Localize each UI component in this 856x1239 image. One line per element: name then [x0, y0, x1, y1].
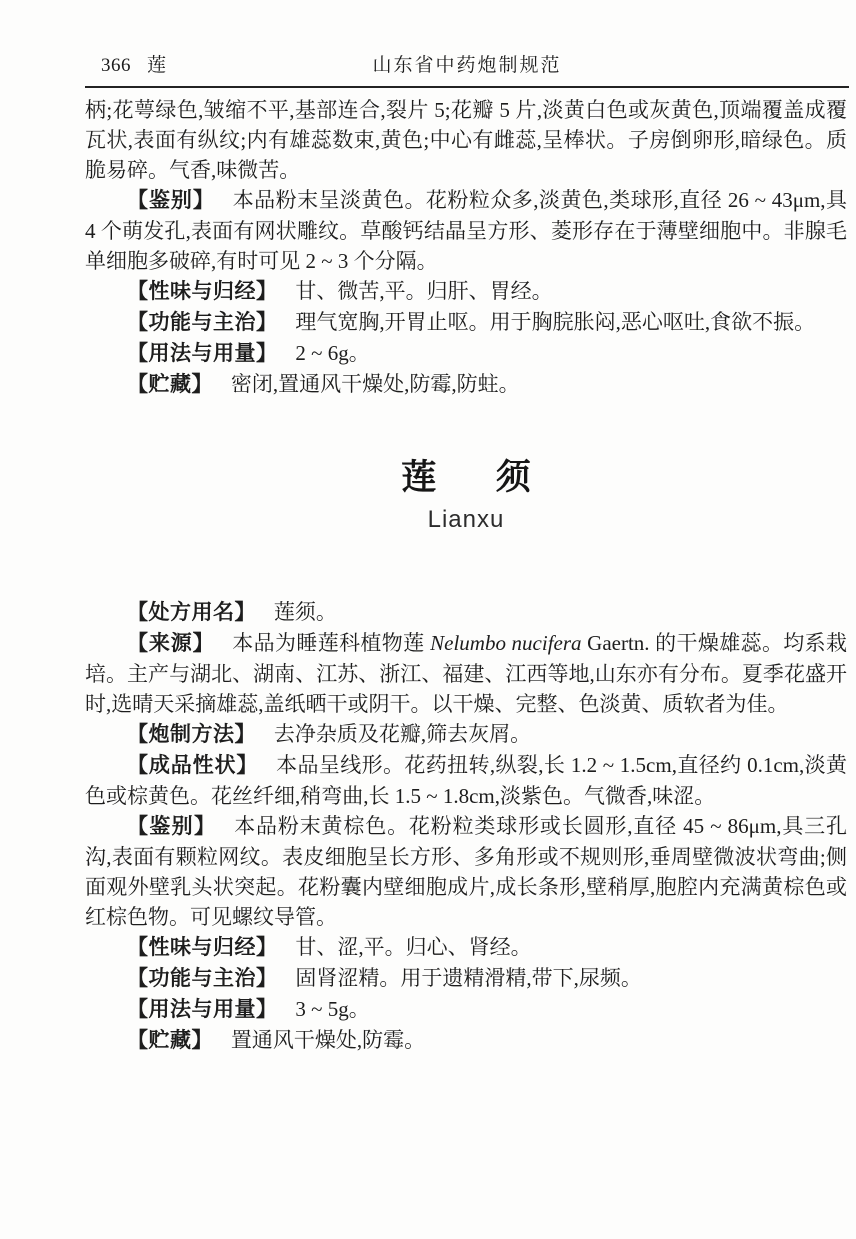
entry-text: 莲须。	[274, 600, 337, 624]
entry-label: 【功能与主治】	[127, 311, 278, 334]
entry-label: 【鉴别】	[127, 189, 215, 212]
entry-text: 理气宽胸,开胃止呕。用于胸脘胀闷,恶心呕吐,食欲不振。	[295, 310, 815, 334]
entry-text: 去净杂质及花瓣,筛去灰屑。	[274, 722, 531, 746]
entry-text: 2 ~ 6g。	[295, 341, 369, 365]
entry-label: 【功能与主治】	[127, 967, 278, 990]
entry-text: 固肾涩精。用于遗精滑精,带下,尿频。	[295, 966, 642, 990]
entry-text: 甘、微苦,平。归肝、胃经。	[295, 279, 552, 303]
entry-gongneng: 【功能与主治】固肾涩精。用于遗精滑精,带下,尿频。	[85, 963, 847, 994]
lianxu-monograph-body: 【处方用名】莲须。 【来源】本品为睡莲科植物莲 Nelumbo nucifera…	[85, 597, 847, 1056]
entry-zhucang: 【贮藏】置通风干燥处,防霉。	[85, 1025, 847, 1056]
entry-text: 3 ~ 5g。	[295, 997, 369, 1021]
monograph-title: 莲须	[85, 458, 847, 498]
lian-monograph-tail: 柄;花萼绿色,皱缩不平,基部连合,裂片 5;花瓣 5 片,淡黄白色或灰黄色,顶端…	[85, 95, 847, 400]
entry-xingwei: 【性味与归经】甘、微苦,平。归肝、胃经。	[85, 276, 847, 307]
continuation-paragraph: 柄;花萼绿色,皱缩不平,基部连合,裂片 5;花瓣 5 片,淡黄白色或灰黄色,顶端…	[85, 95, 847, 185]
entry-gongneng: 【功能与主治】理气宽胸,开胃止呕。用于胸脘胀闷,恶心呕吐,食欲不振。	[85, 307, 847, 338]
entry-laiyuan: 【来源】本品为睡莲科植物莲 Nelumbo nucifera Gaertn. 的…	[85, 628, 847, 719]
entry-label: 【贮藏】	[127, 1029, 213, 1052]
entry-yongfa: 【用法与用量】2 ~ 6g。	[85, 338, 847, 369]
entry-text-before: 本品为睡莲科植物莲	[232, 631, 430, 655]
entry-label: 【成品性状】	[127, 754, 258, 777]
monograph-pinyin: Lianxu	[85, 506, 847, 534]
book-title: 山东省中药炮制规范	[85, 50, 849, 77]
entry-label: 【来源】	[127, 632, 214, 655]
entry-label: 【性味与归经】	[127, 280, 278, 303]
entry-yongfa: 【用法与用量】3 ~ 5g。	[85, 994, 847, 1025]
entry-xingwei: 【性味与归经】甘、涩,平。归心、肾经。	[85, 932, 847, 963]
running-head: 366莲 山东省中药炮制规范	[85, 50, 849, 80]
entry-paozhifangfa: 【炮制方法】去净杂质及花瓣,筛去灰屑。	[85, 719, 847, 750]
entry-label: 【处方用名】	[127, 601, 256, 624]
entry-label: 【用法与用量】	[127, 998, 278, 1021]
entry-jianbie: 【鉴别】本品粉末黄棕色。花粉粒类球形或长圆形,直径 45 ~ 86μm,具三孔沟…	[85, 811, 847, 932]
entry-zhucang: 【贮藏】密闭,置通风干燥处,防霉,防蛀。	[85, 369, 847, 400]
entry-label: 【性味与归经】	[127, 936, 278, 959]
latin-authority: Gaertn.	[582, 631, 656, 655]
entry-text: 置通风干燥处,防霉。	[231, 1028, 425, 1052]
entry-label: 【鉴别】	[127, 815, 216, 838]
entry-jianbie: 【鉴别】本品粉末呈淡黄色。花粉粒众多,淡黄色,类球形,直径 26 ~ 43μm,…	[85, 185, 847, 276]
entry-label: 【用法与用量】	[127, 342, 278, 365]
entry-label: 【炮制方法】	[127, 723, 256, 746]
header-rule	[85, 86, 849, 88]
latin-binomial: Nelumbo nucifera	[430, 631, 581, 655]
entry-chufangyongming: 【处方用名】莲须。	[85, 597, 847, 628]
entry-label: 【贮藏】	[127, 373, 213, 396]
scanned-book-page: 366莲 山东省中药炮制规范 柄;花萼绿色,皱缩不平,基部连合,裂片 5;花瓣 …	[0, 0, 856, 1239]
entry-chengpinxingzhuang: 【成品性状】本品呈线形。花药扭转,纵裂,长 1.2 ~ 1.5cm,直径约 0.…	[85, 750, 847, 811]
entry-text: 甘、涩,平。归心、肾经。	[295, 935, 531, 959]
monograph-heading: 莲须 Lianxu	[85, 458, 847, 534]
entry-text: 密闭,置通风干燥处,防霉,防蛀。	[231, 372, 520, 396]
